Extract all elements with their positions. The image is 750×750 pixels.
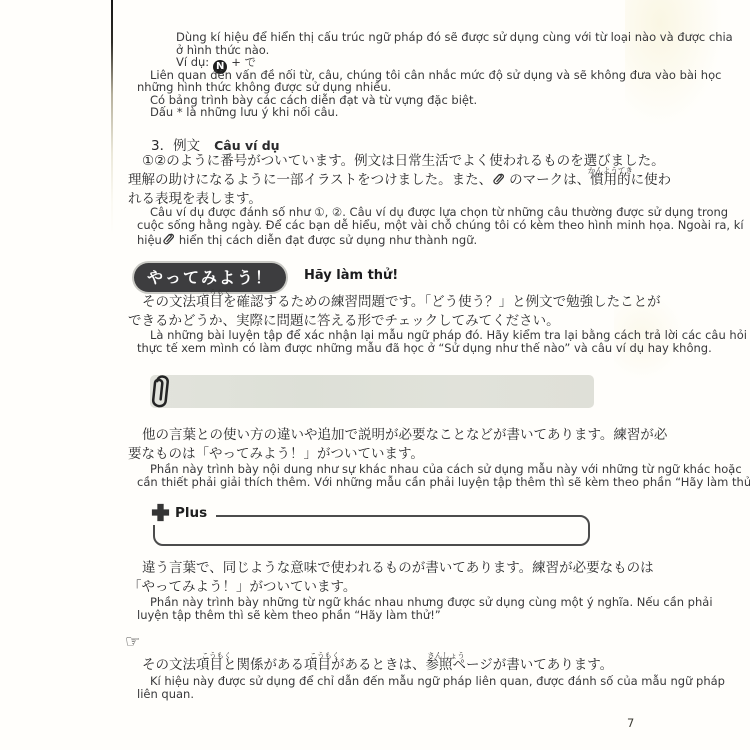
text-line: その文法項目こうもくと関係がある項目こうもくがあるときは、参照さんしょうページが… (128, 656, 613, 675)
text-line: 他の言葉との使い方の違いや追加で説明が必要なことなどが書いてあります。練習が必 (128, 426, 667, 445)
text-line: ở hình thức nào. (176, 44, 733, 57)
page-number: 7 (627, 716, 634, 730)
text-line: Dấu * là những lưu ý khi nối câu. (137, 106, 733, 119)
ruby-word: 参照さんしょう (426, 657, 453, 673)
example-line: Ví dụ:N+ で (176, 56, 733, 69)
paperclip-icon (148, 368, 175, 414)
intro-paragraph: Liên quan đến vấn đề nối từ, câu, chúng … (137, 69, 733, 94)
text-segment: のマークは、 (509, 172, 590, 188)
ruby-word: 項目こうもく (196, 657, 223, 673)
furigana: こうもく (296, 652, 340, 660)
intro-section: Dùng kí hiệu để hiển thị cấu trúc ngữ ph… (137, 31, 733, 119)
reference-jp: その文法項目こうもくと関係がある項目こうもくがあるときは、参照さんしょうページが… (128, 656, 613, 675)
text-line: liên quan. (137, 688, 725, 701)
text-segment: と関係がある (223, 657, 304, 673)
try-it-header: やってみよう！Hãy làm thử! (134, 263, 398, 292)
note-vi: Phần này trình bày nội dung như sự khác … (137, 463, 750, 488)
text-segment: 理解の助けになるように一部イラストをつけました。また、 (128, 172, 492, 188)
plus-vi: Phần này trình bày những từ ngữ khác nha… (137, 596, 713, 621)
text-segment: を確認するための練習問題です。「どう使う？」と例文で勉強したことが (223, 294, 661, 310)
ruby-word: 慣用的かんようてき (590, 172, 631, 188)
text-segment: に使わ (631, 172, 672, 188)
example-sentences-vi: Câu ví dụ được đánh số như ①, ②. Câu ví … (137, 206, 744, 244)
text-line: 違う言葉で、同じような意味で使われるものが書いてあります。練習が必要なものは (128, 559, 654, 578)
reference-vi: Kí hiệu này được sử dụng để chỉ dẫn đến … (137, 675, 725, 700)
text-line: luyện tập thêm thì sẽ kèm theo phần “Hãy… (137, 609, 713, 622)
text-line: Dùng kí hiệu để hiển thị cấu trúc ngữ ph… (176, 31, 733, 44)
text-line: Phần này trình bày những từ ngữ khác nha… (137, 596, 713, 609)
paperclip-icon (494, 171, 507, 187)
plus-icon (151, 503, 170, 522)
text-segment: Ví dụ: (176, 55, 209, 69)
page-spine-edge (111, 0, 113, 235)
book-page: Dùng kí hiệu để hiển thị cấu trúc ngữ ph… (0, 0, 750, 750)
try-it-vi: Là những bài luyện tập để xác nhận lại m… (137, 329, 747, 354)
text-segment: + で (231, 55, 256, 69)
text-line: Là những bài luyện tập để xác nhận lại m… (137, 329, 747, 342)
furigana: さんしょう (413, 652, 465, 660)
try-it-label-vi: Hãy làm thử! (304, 268, 398, 283)
text-line: thực tế xem mình có làm được những mẫu đ… (137, 342, 747, 355)
text-line: hiệuhiển thị cách diễn đạt được sử dụng … (137, 231, 744, 244)
pointing-hand-icon: ☞ (125, 634, 140, 651)
text-segment: hiệu (137, 233, 162, 247)
text-line: Phần này trình bày nội dung như sự khác … (137, 463, 750, 476)
text-segment: があるときは、 (331, 657, 426, 673)
text-line: 理解の助けになるように一部イラストをつけました。また、のマークは、慣用的かんよう… (128, 171, 671, 190)
furigana: かんようてき (588, 167, 633, 175)
text-line: 「やってみよう！」がついています。 (128, 578, 654, 597)
intro-indented-block: Dùng kí hiệu để hiển thị cấu trúc ngữ ph… (176, 31, 733, 69)
text-segment: ページが書いてあります。 (453, 657, 614, 673)
plus-header: Plus (146, 503, 216, 525)
note-jp: 他の言葉との使い方の違いや追加で説明が必要なことなどが書いてあります。練習が必 … (128, 426, 667, 464)
plus-label: Plus (175, 505, 207, 521)
text-segment: hiển thị cách diễn đạt được sử dụng như … (179, 233, 477, 247)
plus-jp: 違う言葉で、同じような意味で使われるものが書いてあります。練習が必要なものは 「… (128, 559, 654, 597)
furigana: こうもく (188, 289, 232, 297)
paperclip-icon (164, 231, 177, 247)
text-line: Kí hiệu này được sử dụng để chỉ dẫn đến … (137, 675, 725, 688)
text-line: 要なものは「やってみよう！」がついています。 (128, 445, 667, 464)
note-band (150, 375, 594, 408)
ruby-word: 項目こうもく (304, 657, 331, 673)
text-line: Câu ví dụ được đánh số như ①, ②. Câu ví … (137, 206, 744, 219)
text-line: cuộc sống hằng ngày. Để các bạn dễ hiểu,… (137, 219, 744, 232)
plus-box (153, 515, 590, 546)
text-line: その文法項目こうもくを確認するための練習問題です。「どう使う？」と例文で勉強した… (128, 293, 661, 312)
text-line: những hình thức không được sử dụng nhiều… (137, 81, 733, 94)
ruby-word: 項目こうもく (196, 294, 223, 310)
heading-vi: Câu ví dụ (214, 138, 280, 153)
furigana: こうもく (188, 652, 232, 660)
section-3-heading: 3．例文Câu ví dụ (151, 134, 280, 154)
text-line: cần thiết phải giải thích thêm. Với nhữn… (137, 476, 750, 489)
example-sentences-jp: ①②のように番号がついています。例文は日常生活でよく使われるものを選びました。 … (128, 152, 671, 208)
try-it-jp: その文法項目こうもくを確認するための練習問題です。「どう使う？」と例文で勉強した… (128, 293, 661, 331)
